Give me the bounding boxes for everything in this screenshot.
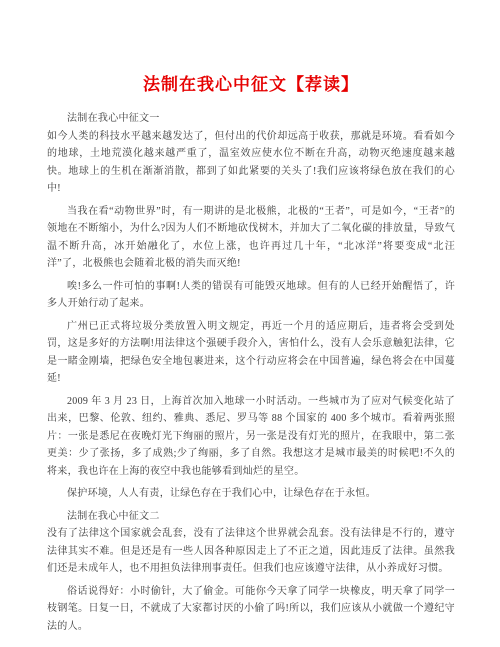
paragraph-earth-hour: 2009 年 3 月 23 日，上海首次加入地球一小时活动。一些城市为了应对气候… bbox=[47, 393, 455, 481]
page-title: 法制在我心中征文【荐读】 bbox=[47, 72, 455, 98]
paragraph-guangzhou-law: 广州已正式将垃圾分类放置入明文规定，再近一个月的适应期后，违者将会受到处罚，这是… bbox=[47, 318, 455, 388]
document-page: 法制在我心中征文【荐读】 法制在我心中征文一 如今人类的科技水平越来越发达了，但… bbox=[0, 0, 500, 647]
paragraph-environment-intro: 如今人类的科技水平越来越发达了，但付出的代价却远高于收获，那就是环境。看看如今的… bbox=[47, 128, 455, 198]
essay-two-heading: 法制在我心中征文二 bbox=[47, 508, 455, 526]
essay-one-heading: 法制在我心中征文一 bbox=[47, 110, 455, 128]
article-body: 法制在我心中征文一 如今人类的科技水平越来越发达了，但付出的代价却远高于收获，那… bbox=[47, 110, 455, 635]
paragraph-law-importance: 没有了法律这个国家就会乱套，没有了法律这个世界就会乱套。没有法律是不行的，遵守法… bbox=[47, 525, 455, 578]
paragraph-protect-environment: 保护环境，人人有责，让绿色存在于我们心中，让绿色存在于永恒。 bbox=[47, 485, 455, 503]
paragraph-awakening: 唉!多么一件可怕的事啊!人类的错误有可能毁灭地球。但有的人已经开始醒悟了，许多人… bbox=[47, 278, 455, 313]
paragraph-polar-bear: 当我在看“动物世界”时，有一期讲的是北极熊，北极的“王者”，可是如今，“王者”的… bbox=[47, 203, 455, 273]
paragraph-proverb-conclusion: 俗话说得好：小时偷针，大了偷金。可能你今天拿了同学一块橡皮，明天拿了同学一枝钢笔… bbox=[47, 583, 455, 636]
